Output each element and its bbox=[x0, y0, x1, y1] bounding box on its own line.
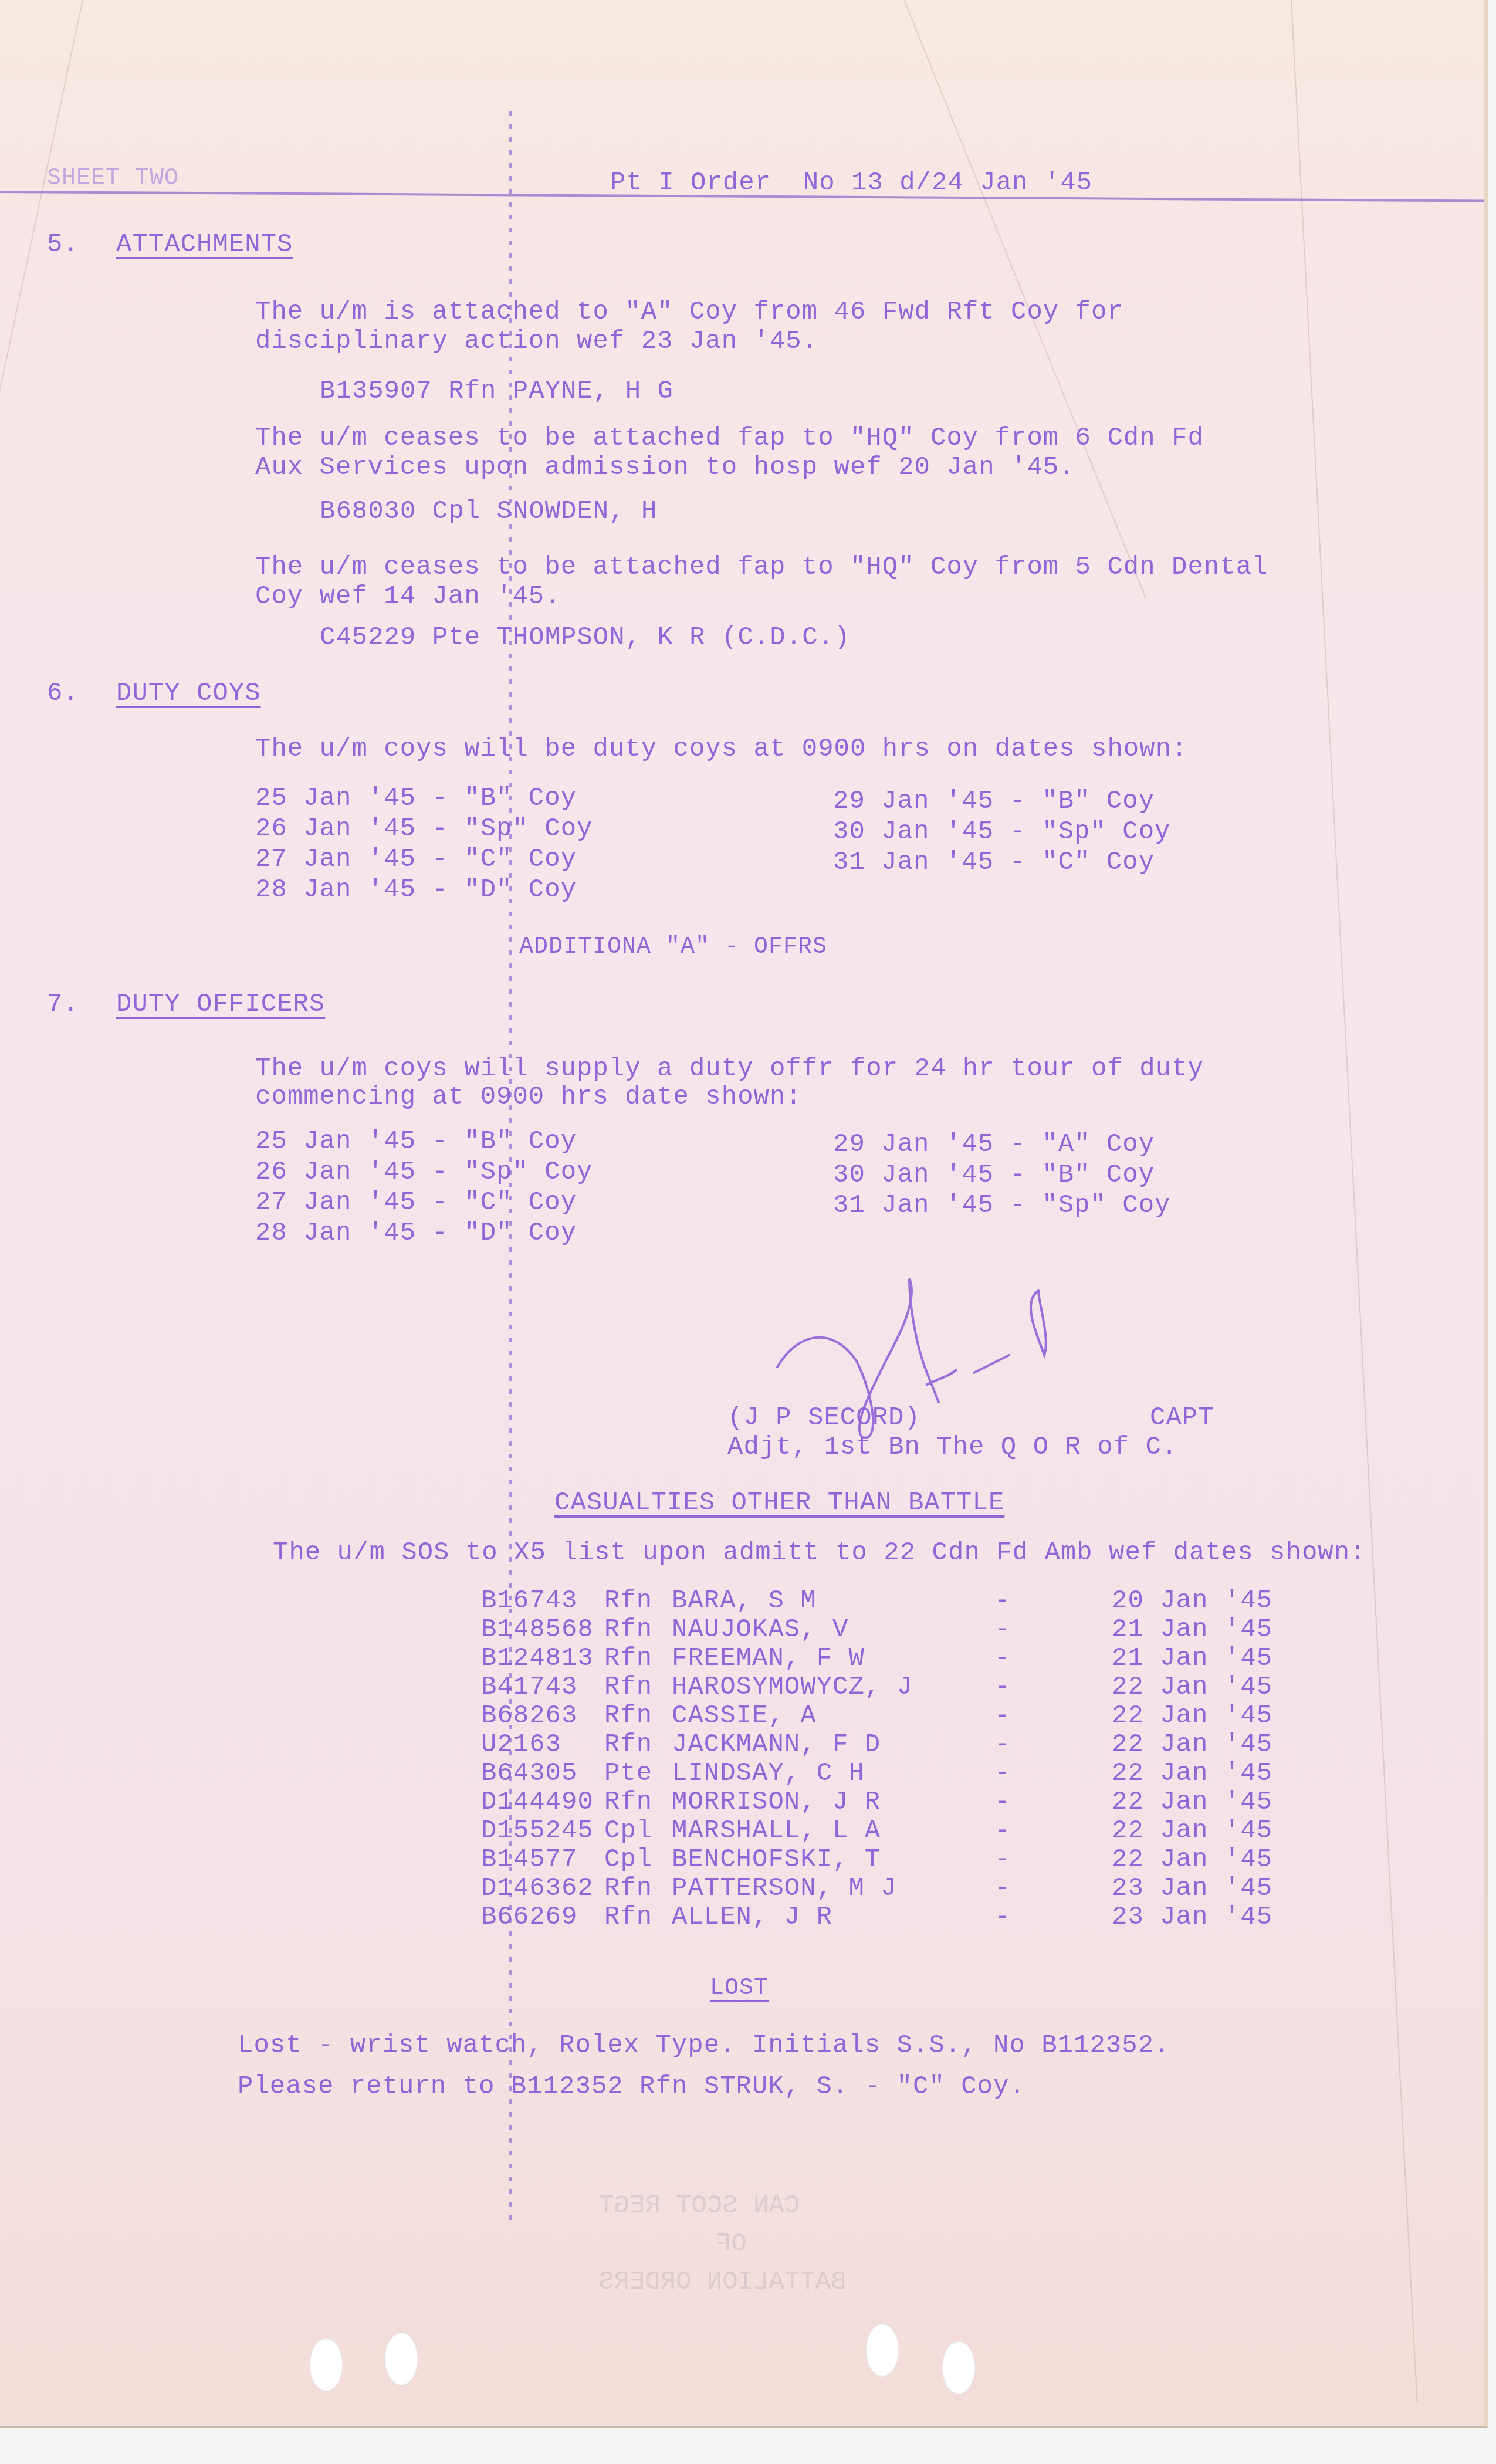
duty-officer-entry: 25 Jan '45 - "B" Coy bbox=[255, 1126, 593, 1157]
casualties-intro: The u/m SOS to X5 list upon admitt to 22… bbox=[273, 1540, 1366, 1566]
duty-coy-entry: 26 Jan '45 - "Sp" Coy bbox=[255, 814, 593, 844]
paper-crease bbox=[1291, 0, 1418, 2402]
casualties-title: CASUALTIES OTHER THAN BATTLE bbox=[554, 1490, 1004, 1516]
attachment-3-text: The u/m ceases to be attached fap to "HQ… bbox=[255, 554, 1268, 580]
attachment-3-text-2: Coy wef 14 Jan '45. bbox=[255, 584, 561, 610]
section-7-number: 7. bbox=[47, 991, 79, 1017]
attachment-2-person: B68030 Cpl SNOWDEN, H bbox=[320, 499, 658, 524]
duty-officers-right-list: 29 Jan '45 - "A" Coy 30 Jan '45 - "B" Co… bbox=[833, 1129, 1171, 1221]
reverse-bleed-text: BATTALION ORDERS bbox=[598, 2267, 846, 2297]
duty-coy-entry: 31 Jan '45 - "C" Coy bbox=[833, 847, 1171, 878]
duty-officer-entry: 29 Jan '45 - "A" Coy bbox=[833, 1129, 1171, 1160]
reverse-bleed-text: CAN SCOT REGT bbox=[598, 2191, 800, 2221]
duty-officers-intro-2: commencing at 0900 hrs date shown: bbox=[255, 1084, 802, 1110]
duty-officers-intro: The u/m coys will supply a duty offr for… bbox=[255, 1056, 1204, 1082]
reverse-bleed-text: OF bbox=[716, 2229, 747, 2259]
duty-coys-intro: The u/m coys will be duty coys at 0900 h… bbox=[255, 736, 1187, 762]
section-7-title: DUTY OFFICERS bbox=[116, 991, 325, 1017]
attachment-3-person: C45229 Pte THOMPSON, K R (C.D.C.) bbox=[320, 625, 850, 651]
duty-officer-entry: 27 Jan '45 - "C" Coy bbox=[255, 1187, 593, 1218]
duty-officer-entry: 31 Jan '45 - "Sp" Coy bbox=[833, 1190, 1171, 1221]
attachment-1-text: The u/m is attached to "A" Coy from 46 F… bbox=[255, 299, 1123, 325]
duty-coy-entry: 30 Jan '45 - "Sp" Coy bbox=[833, 817, 1171, 847]
table-row: B41743RfnHAROSYMOWYCZ, J-22 Jan '45 bbox=[481, 1673, 1272, 1702]
table-row: B124813RfnFREEMAN, F W-21 Jan '45 bbox=[481, 1644, 1272, 1673]
table-row: B64305PteLINDSAY, C H-22 Jan '45 bbox=[481, 1759, 1272, 1788]
punch-hole bbox=[309, 2338, 343, 2392]
signatory-appointment: Adjt, 1st Bn The Q O R of C. bbox=[727, 1434, 1177, 1460]
lost-notice-line-2: Please return to B112352 Rfn STRUK, S. -… bbox=[238, 2074, 1025, 2100]
punch-hole bbox=[865, 2323, 899, 2377]
duty-officers-left-list: 25 Jan '45 - "B" Coy 26 Jan '45 - "Sp" C… bbox=[255, 1126, 593, 1248]
table-row: B16743RfnBARA, S M-20 Jan '45 bbox=[481, 1587, 1272, 1616]
section-5-title: ATTACHMENTS bbox=[116, 232, 293, 258]
additional-offrs-note: ADDITIONA "A" - OFFRS bbox=[519, 936, 827, 959]
table-row: D146362RfnPATTERSON, M J-23 Jan '45 bbox=[481, 1874, 1272, 1903]
table-row: D144490RfnMORRISON, J R-22 Jan '45 bbox=[481, 1788, 1272, 1817]
attachment-2-text: The u/m ceases to be attached fap to "HQ… bbox=[255, 425, 1204, 451]
signatory-name: (J P SECORD) bbox=[727, 1405, 920, 1431]
attachment-1-person: B135907 Rfn PAYNE, H G bbox=[320, 378, 673, 404]
duty-coy-entry: 28 Jan '45 - "D" Coy bbox=[255, 875, 593, 905]
attachment-1-text-2: disciplinary action wef 23 Jan '45. bbox=[255, 329, 818, 354]
table-row: U2163RfnJACKMANN, F D-22 Jan '45 bbox=[481, 1731, 1272, 1759]
duty-officer-entry: 30 Jan '45 - "B" Coy bbox=[833, 1160, 1171, 1190]
section-6-number: 6. bbox=[47, 681, 79, 706]
section-5-number: 5. bbox=[47, 232, 79, 258]
duty-officer-entry: 26 Jan '45 - "Sp" Coy bbox=[255, 1157, 593, 1187]
table-row: D155245CplMARSHALL, L A-22 Jan '45 bbox=[481, 1817, 1272, 1846]
sheet-label: SHEET TWO bbox=[47, 167, 179, 191]
duty-officer-entry: 28 Jan '45 - "D" Coy bbox=[255, 1218, 593, 1248]
duty-coy-entry: 27 Jan '45 - "C" Coy bbox=[255, 844, 593, 875]
document-page: SHEET TWO Pt I Order No 13 d/24 Jan '45 … bbox=[0, 0, 1488, 2428]
attachment-2-text-2: Aux Services upon admission to hosp wef … bbox=[255, 455, 1075, 480]
table-row: B66269RfnALLEN, J R-23 Jan '45 bbox=[481, 1903, 1272, 1932]
duty-coys-left-list: 25 Jan '45 - "B" Coy 26 Jan '45 - "Sp" C… bbox=[255, 783, 593, 905]
punch-hole bbox=[942, 2341, 976, 2395]
casualties-table: B16743RfnBARA, S M-20 Jan '45 B148568Rfn… bbox=[481, 1587, 1272, 1932]
duty-coys-right-list: 29 Jan '45 - "B" Coy 30 Jan '45 - "Sp" C… bbox=[833, 786, 1171, 878]
table-row: B68263RfnCASSIE, A-22 Jan '45 bbox=[481, 1702, 1272, 1731]
table-row: B148568RfnNAUJOKAS, V-21 Jan '45 bbox=[481, 1616, 1272, 1644]
table-row: B14577CplBENCHOFSKI, T-22 Jan '45 bbox=[481, 1846, 1272, 1874]
lost-title: LOST bbox=[710, 1977, 769, 2001]
signatory-rank: CAPT bbox=[1150, 1405, 1214, 1431]
order-reference: Pt I Order No 13 d/24 Jan '45 bbox=[610, 170, 1092, 196]
duty-coy-entry: 29 Jan '45 - "B" Coy bbox=[833, 786, 1171, 817]
punch-hole bbox=[384, 2332, 418, 2386]
lost-notice-line-1: Lost - wrist watch, Rolex Type. Initials… bbox=[238, 2033, 1170, 2059]
duty-coy-entry: 25 Jan '45 - "B" Coy bbox=[255, 783, 593, 814]
section-6-title: DUTY COYS bbox=[116, 681, 261, 706]
